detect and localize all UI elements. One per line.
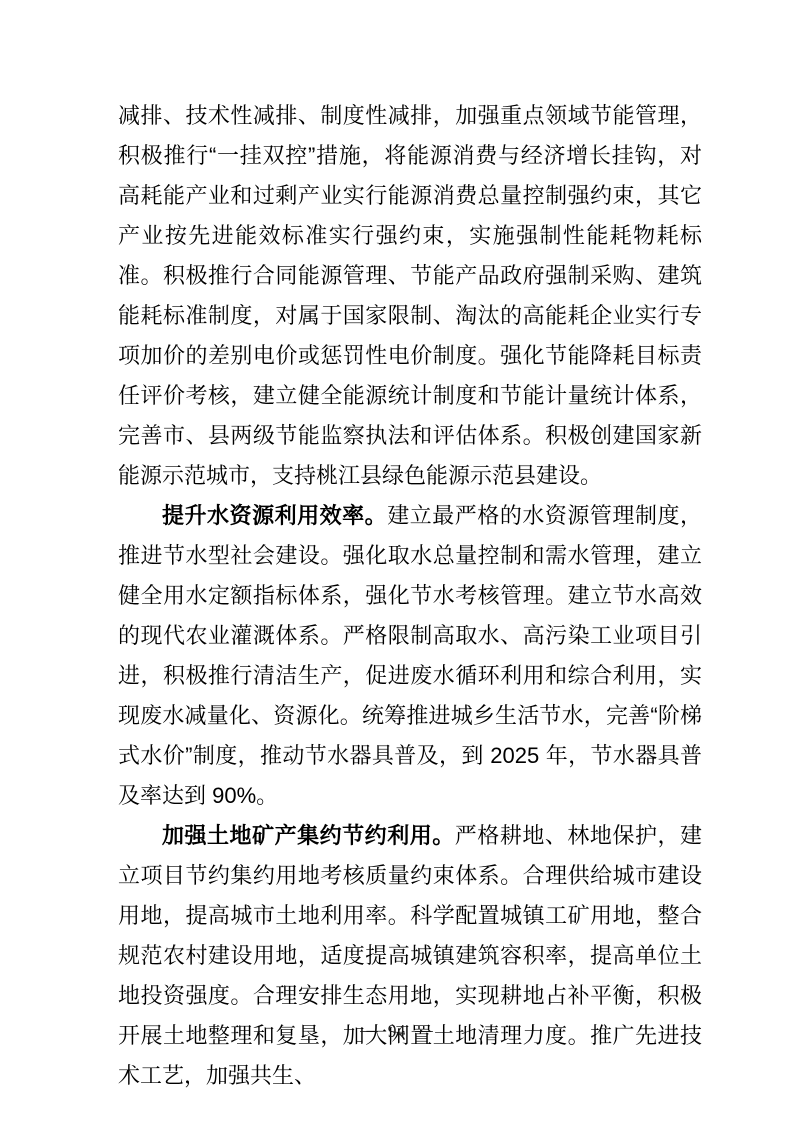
page-footer: —94— bbox=[0, 1018, 793, 1044]
document-body: 减排、技术性减排、制度性减排，加强重点领域节能管理，积极推行“一挂双控”措施，将… bbox=[118, 96, 702, 1096]
paragraph-heading-bold: 提升水资源利用效率。 bbox=[162, 503, 387, 528]
paragraph-heading-bold: 加强土地矿产集约节约利用。 bbox=[162, 823, 455, 848]
paragraph-body-text: 建立最严格的水资源管理制度，推进节水型社会建设。强化取水总量控制和需水管理，建立… bbox=[118, 503, 702, 808]
paragraph-body-text: 严格耕地、林地保护，建立项目节约集约用地考核质量约束体系。合理供给城市建设用地，… bbox=[118, 823, 702, 1088]
paragraph-land-mineral-use: 加强土地矿产集约节约利用。严格耕地、林地保护，建立项目节约集约用地考核质量约束体… bbox=[118, 816, 702, 1096]
document-page: 减排、技术性减排、制度性减排，加强重点领域节能管理，积极推行“一挂双控”措施，将… bbox=[0, 0, 793, 1122]
footer-right-dash: — bbox=[415, 1017, 433, 1043]
paragraph-water-efficiency: 提升水资源利用效率。建立最严格的水资源管理制度，推进节水型社会建设。强化取水总量… bbox=[118, 496, 702, 816]
paragraph-body-text: 减排、技术性减排、制度性减排，加强重点领域节能管理，积极推行“一挂双控”措施，将… bbox=[118, 103, 702, 488]
paragraph-energy-saving: 减排、技术性减排、制度性减排，加强重点领域节能管理，积极推行“一挂双控”措施，将… bbox=[118, 96, 702, 496]
footer-left-dash: — bbox=[360, 1017, 378, 1043]
page-number: 94 bbox=[388, 1021, 406, 1041]
